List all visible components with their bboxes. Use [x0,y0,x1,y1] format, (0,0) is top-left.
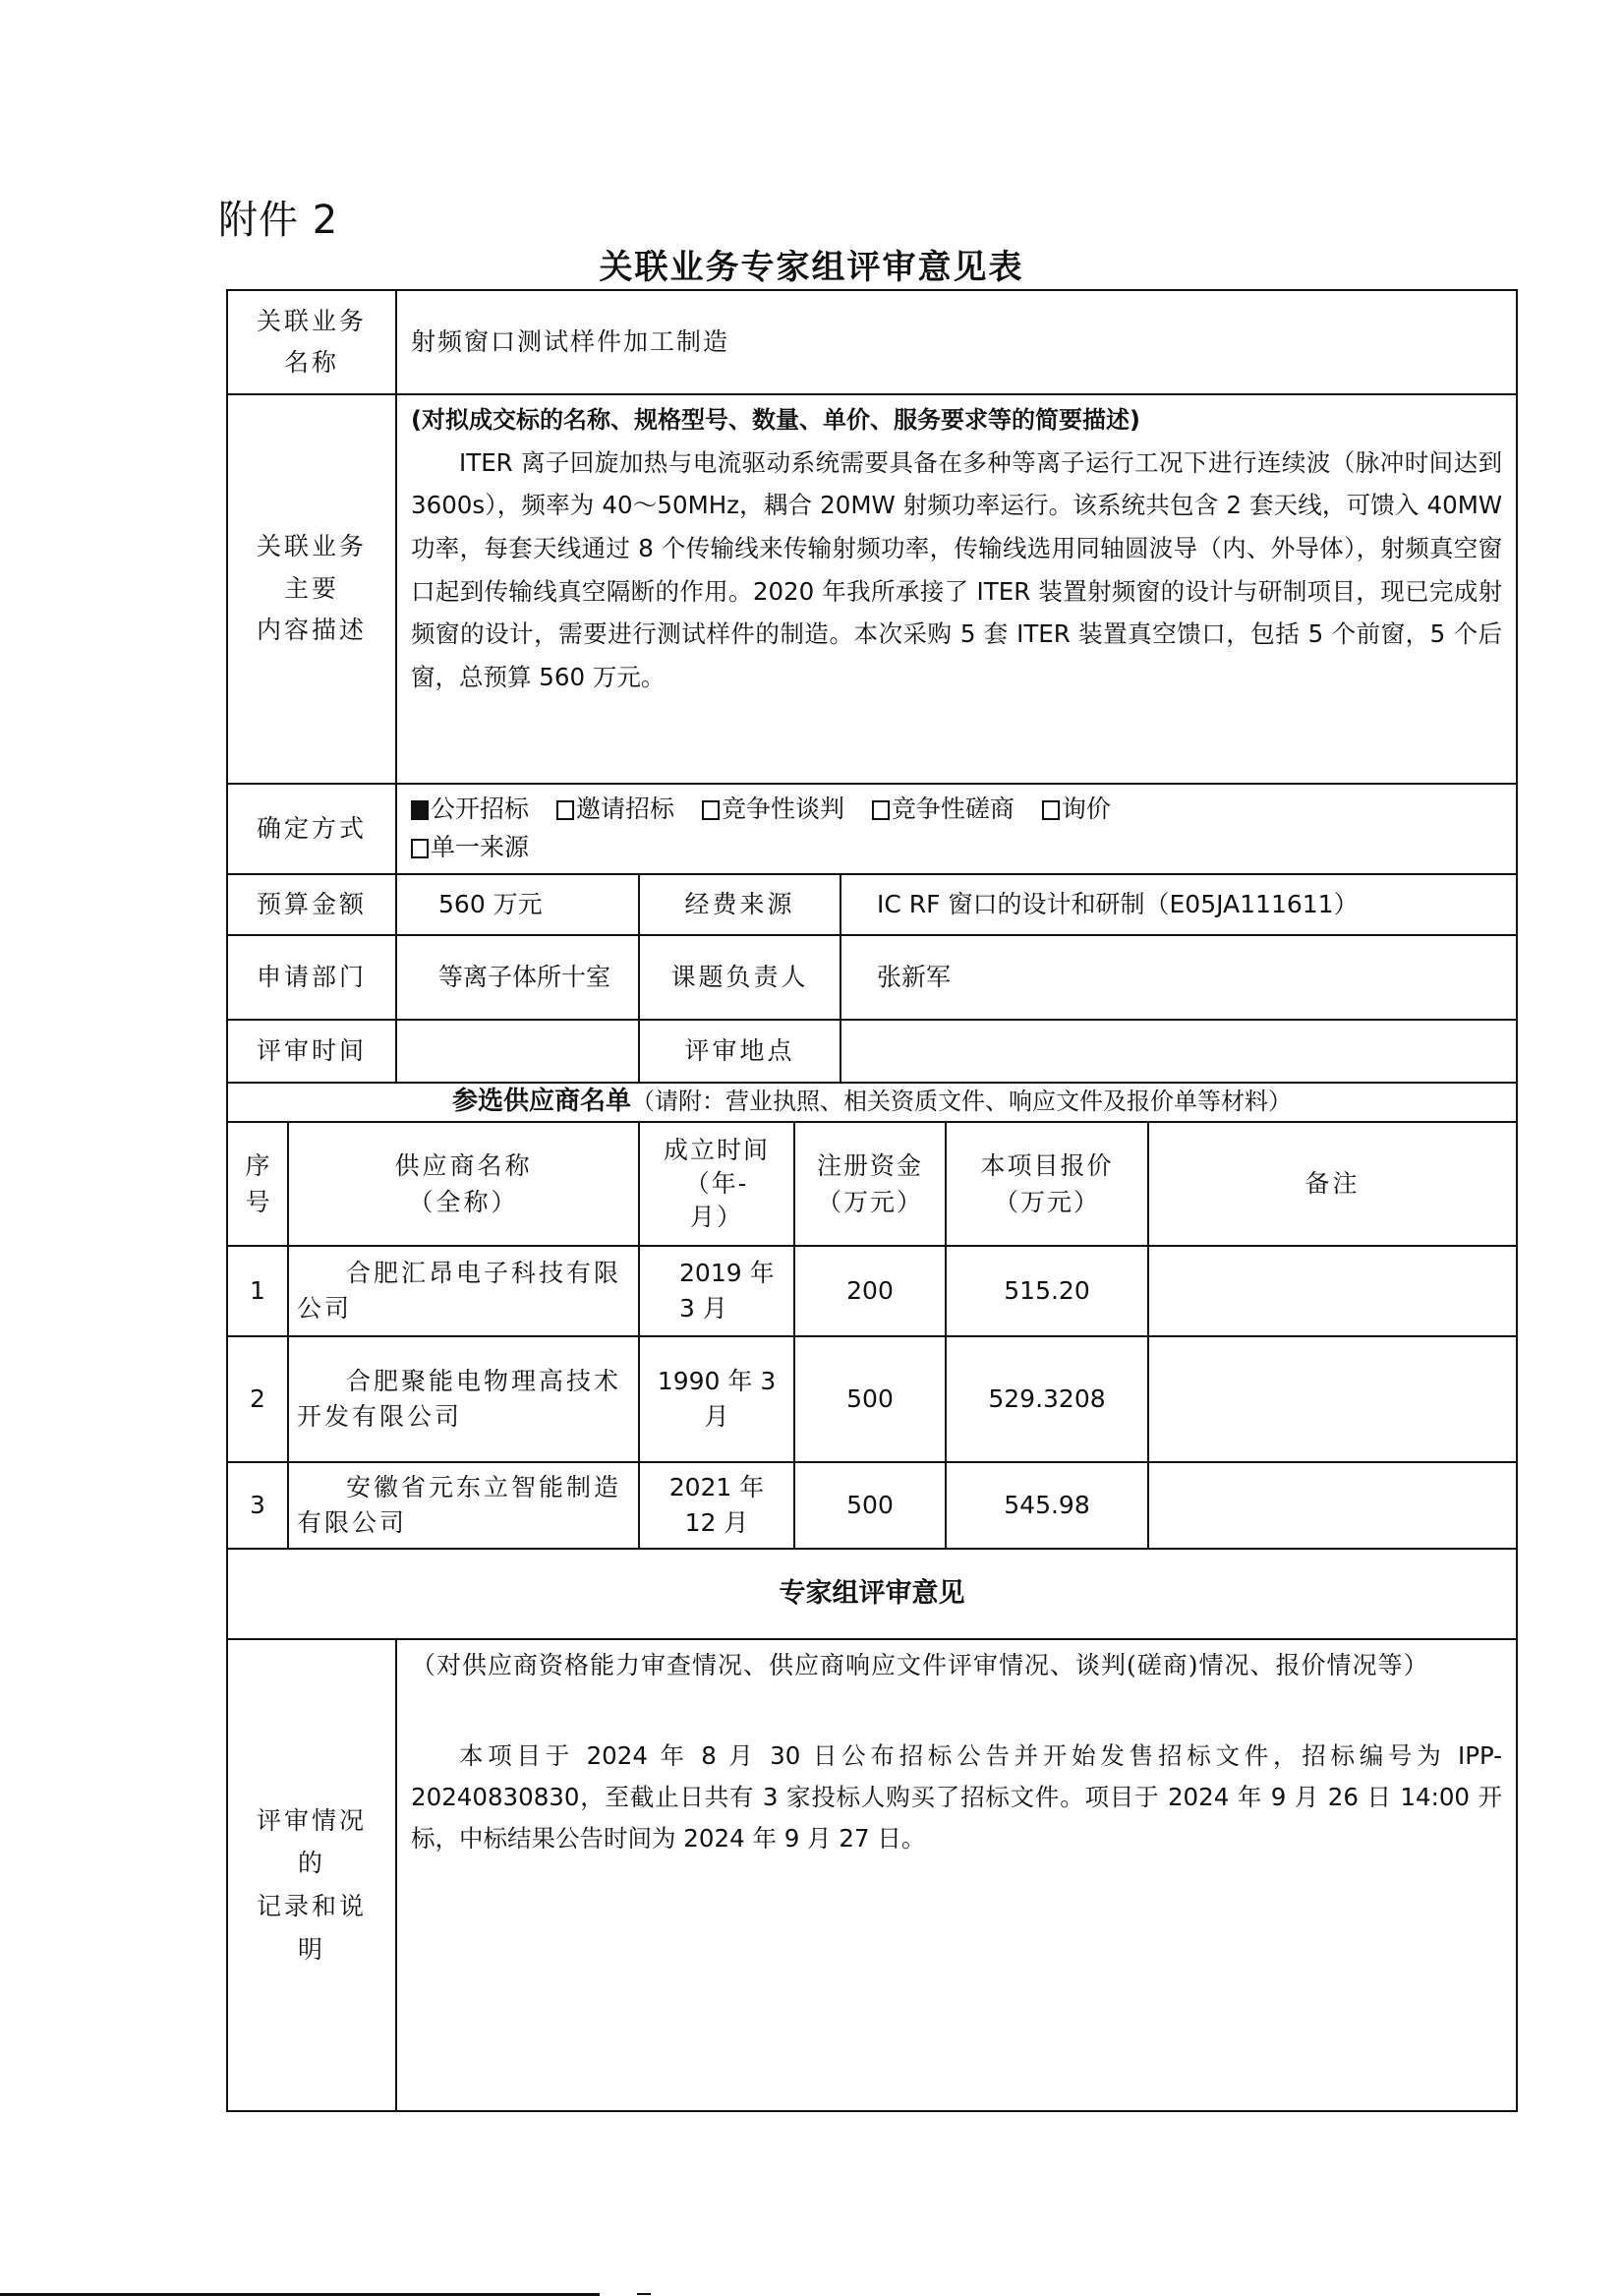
checkbox-empty-icon [556,800,574,820]
pi-value: 张新军 [840,935,1517,1020]
suppliers-section-note: （请附：营业执照、相关资质文件、响应文件及报价单等材料） [631,1088,1292,1115]
supplier-capital: 500 [794,1336,946,1462]
col-header-capital: 注册资金 （万元） [794,1122,946,1246]
option-invited-tender[interactable]: 邀请招标 [556,795,674,823]
department-row: 申请部门 等离子体所十室 课题负责人 张新军 [227,935,1517,1020]
checkbox-empty-icon [1042,800,1060,820]
col-header-founded: 成立时间 （年- 月） [639,1122,794,1246]
supplier-index: 2 [227,1336,288,1462]
supplier-row: 3 安徽省元东立智能制造有限公司 2021 年 12 月 500 545.98 [227,1462,1517,1549]
option-competitive-negotiation[interactable]: 竞争性谈判 [702,795,844,823]
supplier-index: 3 [227,1462,288,1549]
supplier-quote: 545.98 [946,1462,1148,1549]
review-time-label: 评审时间 [227,1020,396,1083]
fund-source-value: IC RF 窗口的设计和研制（E05JA111611） [840,874,1517,935]
option-single-source[interactable]: 单一来源 [411,833,529,861]
supplier-name: 合肥汇昂电子科技有限公司 [288,1246,639,1336]
method-label: 确定方式 [227,784,396,874]
budget-row: 预算金额 560 万元 经费来源 IC RF 窗口的设计和研制（E05JA111… [227,874,1517,935]
budget-label: 预算金额 [227,874,396,935]
description-row: 关联业务 主要 内容描述 (对拟成交标的名称、规格型号、数量、单价、服务要求等的… [227,394,1517,784]
option-competitive-consultation[interactable]: 竞争性磋商 [872,795,1014,823]
description-hint: (对拟成交标的名称、规格型号、数量、单价、服务要求等的简要描述) [411,399,1502,442]
supplier-name: 安徽省元东立智能制造有限公司 [288,1462,639,1549]
supplier-founded: 2019 年 3 月 [639,1246,794,1336]
supplier-quote: 515.20 [946,1246,1148,1336]
suppliers-header-row: 序 号 供应商名称 （全称） 成立时间 （年- 月） 注册资金 （万元） 本项目… [227,1122,1517,1246]
col-header-name: 供应商名称 （全称） [288,1122,639,1246]
department-label: 申请部门 [227,935,396,1020]
supplier-row: 2 合肥聚能电物理高技术开发有限公司 1990 年 3 月 500 529.32… [227,1336,1517,1462]
expert-opinion-cell: （对供应商资格能力审查情况、供应商响应文件评审情况、谈判(磋商)情况、报价情况等… [396,1639,1517,2111]
scan-edge-mark [637,2293,651,2295]
expert-opinion-hint: （对供应商资格能力审查情况、供应商响应文件评审情况、谈判(磋商)情况、报价情况等… [411,1644,1502,1686]
method-options: 公开招标 邀请招标 竞争性谈判 竞争性磋商 询价 单一来源 [396,784,1517,874]
description-label: 关联业务 主要 内容描述 [227,394,396,784]
review-place-value [840,1020,1517,1083]
supplier-founded: 1990 年 3 月 [639,1336,794,1462]
col-header-remark: 备注 [1148,1122,1517,1246]
expert-opinion-row: 评审情况 的 记录和说 明 （对供应商资格能力审查情况、供应商响应文件评审情况、… [227,1639,1517,2111]
description-body: ITER 离子回旋加热与电流驱动系统需要具备在多种等离子运行工况下进行连续波（脉… [411,442,1502,699]
review-place-label: 评审地点 [639,1020,840,1083]
option-public-tender[interactable]: 公开招标 [411,795,529,823]
option-inquiry[interactable]: 询价 [1042,795,1111,823]
supplier-name: 合肥聚能电物理高技术开发有限公司 [288,1336,639,1462]
expert-opinion-header: 专家组评审意见 [227,1549,1517,1639]
attachment-label: 附件 2 [218,189,338,245]
method-row: 确定方式 公开招标 邀请招标 竞争性谈判 竞争性磋商 询价 单一来源 [227,784,1517,874]
checkbox-empty-icon [411,839,429,858]
page-title: 关联业务专家组评审意见表 [0,240,1623,288]
col-header-quote: 本项目报价 （万元） [946,1122,1148,1246]
supplier-index: 1 [227,1246,288,1336]
review-time-value [396,1020,639,1083]
business-name-value: 射频窗口测试样件加工制造 [396,290,1517,394]
expert-opinion-title: 专家组评审意见 [227,1549,1517,1639]
suppliers-section-title: 参选供应商名单 [452,1087,631,1116]
fund-source-label: 经费来源 [639,874,840,935]
expert-opinion-body: 本项目于 2024 年 8 月 30 日公布招标公告并开始发售招标文件，招标编号… [411,1736,1502,1859]
supplier-remark [1148,1336,1517,1462]
review-time-row: 评审时间 评审地点 [227,1020,1517,1083]
checkbox-checked-icon [411,800,429,820]
description-cell: (对拟成交标的名称、规格型号、数量、单价、服务要求等的简要描述) ITER 离子… [396,394,1517,784]
supplier-quote: 529.3208 [946,1336,1148,1462]
supplier-capital: 200 [794,1246,946,1336]
suppliers-section-header: 参选供应商名单（请附：营业执照、相关资质文件、响应文件及报价单等材料） [227,1083,1517,1122]
business-name-row: 关联业务 名称 射频窗口测试样件加工制造 [227,290,1517,394]
col-header-index: 序 号 [227,1122,288,1246]
pi-label: 课题负责人 [639,935,840,1020]
supplier-capital: 500 [794,1462,946,1549]
business-name-label: 关联业务 名称 [227,290,396,394]
budget-value: 560 万元 [396,874,639,935]
checkbox-empty-icon [702,800,720,820]
supplier-remark [1148,1462,1517,1549]
supplier-remark [1148,1246,1517,1336]
supplier-row: 1 合肥汇昂电子科技有限公司 2019 年 3 月 200 515.20 [227,1246,1517,1336]
review-form-table: 关联业务 名称 射频窗口测试样件加工制造 关联业务 主要 内容描述 (对拟成交标… [226,289,1518,2112]
supplier-founded: 2021 年 12 月 [639,1462,794,1549]
department-value: 等离子体所十室 [396,935,639,1020]
expert-opinion-label: 评审情况 的 记录和说 明 [227,1639,396,2111]
checkbox-empty-icon [872,800,890,820]
